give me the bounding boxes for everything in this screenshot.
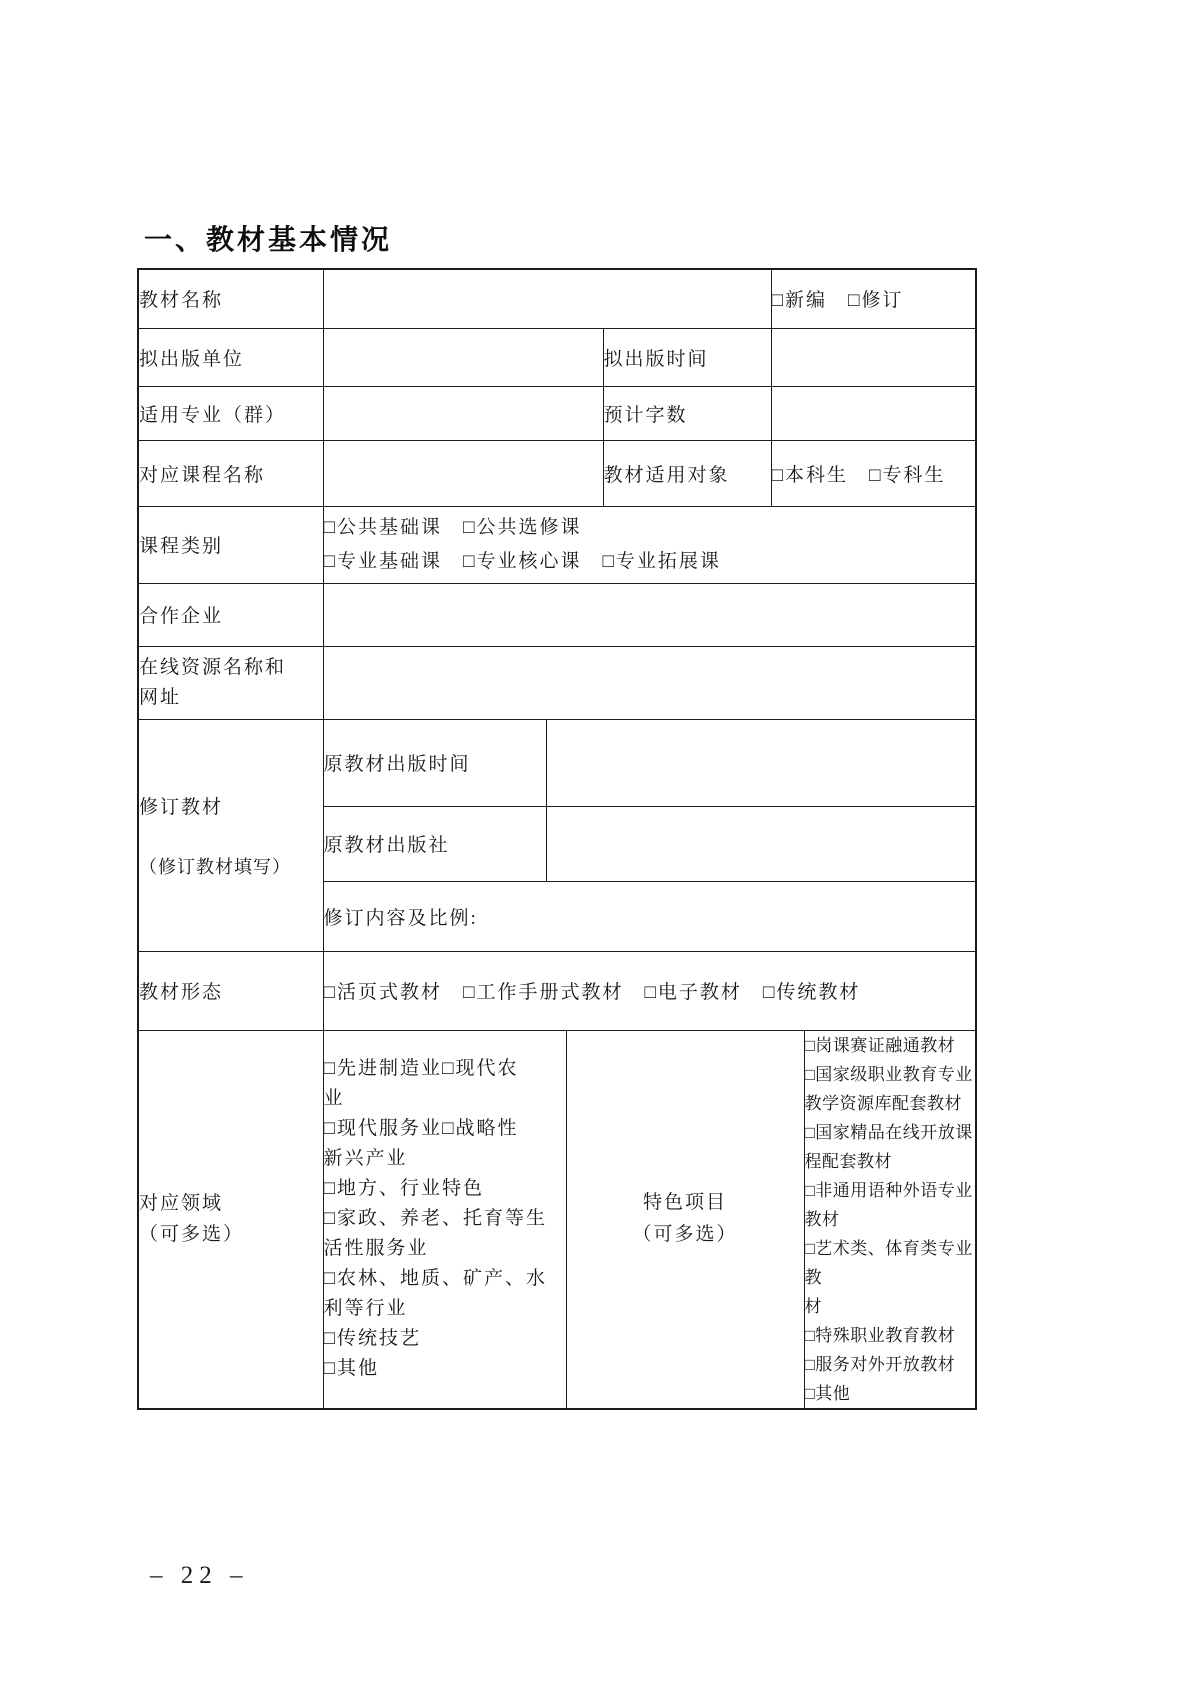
revision-label-top: 修订教材 [139, 792, 323, 819]
row-revision-pub-time: 修订教材 （修订教材填写） 原教材出版时间 [138, 719, 976, 806]
special-project-label: 特色项目 （可多选） [566, 1030, 804, 1409]
special-project-checkbox-list[interactable]: □岗课赛证融通教材 □国家级职业教育专业 教学资源库配套教材 □国家精品在线开放… [804, 1030, 976, 1409]
special-project-item[interactable]: □国家级职业教育专业 教学资源库配套教材 [805, 1060, 976, 1118]
material-form-label: 教材形态 [138, 951, 323, 1030]
textbook-name-label: 教材名称 [138, 269, 323, 328]
orig-publisher-label: 原教材出版社 [323, 806, 546, 881]
special-project-line1: 特色项目 [567, 1187, 804, 1219]
special-project-item[interactable]: □非通用语种外语专业 教材 [805, 1176, 976, 1234]
basic-info-form: 教材名称 □新编 □修订 拟出版单位 拟出版时间 适用专业（群） 预计字数 对应… [137, 268, 977, 1410]
domain-item[interactable]: □其他 [324, 1354, 566, 1384]
partner-input[interactable] [323, 583, 976, 646]
course-type-line1[interactable]: □公共基础课 □公共选修课 [324, 511, 976, 545]
domain-item[interactable]: □地方、行业特色 [324, 1174, 566, 1204]
online-resource-label: 在线资源名称和 网址 [138, 646, 323, 719]
row-domains: 对应领域 （可多选） □先进制造业□现代农 业 □现代服务业□战略性 新兴产业 … [138, 1030, 976, 1409]
publish-time-label: 拟出版时间 [603, 328, 771, 386]
revision-content-input[interactable]: 修订内容及比例: [323, 881, 976, 951]
special-project-line2: （可多选） [567, 1219, 804, 1251]
special-project-item[interactable]: □特殊职业教育教材 [805, 1321, 976, 1350]
domain-checkbox-list[interactable]: □先进制造业□现代农 业 □现代服务业□战略性 新兴产业 □地方、行业特色 □家… [323, 1030, 566, 1409]
publisher-label: 拟出版单位 [138, 328, 323, 386]
course-type-label: 课程类别 [138, 506, 323, 583]
major-label: 适用专业（群） [138, 386, 323, 440]
section-title: 一、教材基本情况 [144, 218, 392, 258]
domains-label: 对应领域 （可多选） [138, 1030, 323, 1409]
domains-label-line1: 对应领域 [139, 1188, 323, 1219]
special-project-item[interactable]: □其他 [805, 1379, 976, 1408]
special-project-item[interactable]: □岗课赛证融通教材 [805, 1031, 976, 1060]
new-or-revised-checkboxes[interactable]: □新编 □修订 [771, 269, 976, 328]
row-major: 适用专业（群） 预计字数 [138, 386, 976, 440]
revision-label: 修订教材 （修订教材填写） [138, 719, 323, 951]
course-type-checkboxes[interactable]: □公共基础课 □公共选修课 □专业基础课 □专业核心课 □专业拓展课 [323, 506, 976, 583]
row-online-resource: 在线资源名称和 网址 [138, 646, 976, 719]
online-resource-input[interactable] [323, 646, 976, 719]
special-project-item[interactable]: □服务对外开放教材 [805, 1350, 976, 1379]
audience-label: 教材适用对象 [603, 440, 771, 506]
row-partner: 合作企业 [138, 583, 976, 646]
domain-item[interactable]: □传统技艺 [324, 1324, 566, 1354]
word-count-label: 预计字数 [603, 386, 771, 440]
orig-pub-time-input[interactable] [546, 719, 976, 806]
basic-info-table: 教材名称 □新编 □修订 拟出版单位 拟出版时间 适用专业（群） 预计字数 对应… [137, 268, 977, 1410]
document-page: 一、教材基本情况 教材名称 □新编 □修订 拟出版单位 拟出版时间 [0, 0, 1190, 1683]
row-course-name: 对应课程名称 教材适用对象 □本科生 □专科生 [138, 440, 976, 506]
domain-item[interactable]: □先进制造业□现代农 业 [324, 1054, 566, 1114]
course-name-input[interactable] [323, 440, 603, 506]
audience-checkboxes[interactable]: □本科生 □专科生 [771, 440, 976, 506]
page-number: – 22 – [150, 1562, 249, 1590]
word-count-input[interactable] [771, 386, 976, 440]
row-publisher: 拟出版单位 拟出版时间 [138, 328, 976, 386]
textbook-name-input[interactable] [323, 269, 771, 328]
row-textbook-name: 教材名称 □新编 □修订 [138, 269, 976, 328]
material-form-checkboxes[interactable]: □活页式教材 □工作手册式教材 □电子教材 □传统教材 [323, 951, 976, 1030]
publisher-input[interactable] [323, 328, 603, 386]
row-course-type: 课程类别 □公共基础课 □公共选修课 □专业基础课 □专业核心课 □专业拓展课 [138, 506, 976, 583]
publish-time-input[interactable] [771, 328, 976, 386]
special-project-item[interactable]: □艺术类、体育类专业教 材 [805, 1234, 976, 1321]
partner-label: 合作企业 [138, 583, 323, 646]
domain-item[interactable]: □现代服务业□战略性 新兴产业 [324, 1114, 566, 1174]
row-material-form: 教材形态 □活页式教材 □工作手册式教材 □电子教材 □传统教材 [138, 951, 976, 1030]
special-project-item[interactable]: □国家精品在线开放课 程配套教材 [805, 1118, 976, 1176]
orig-publisher-input[interactable] [546, 806, 976, 881]
orig-pub-time-label: 原教材出版时间 [323, 719, 546, 806]
major-input[interactable] [323, 386, 603, 440]
domain-item[interactable]: □农林、地质、矿产、水 利等行业 [324, 1264, 566, 1324]
course-type-line2[interactable]: □专业基础课 □专业核心课 □专业拓展课 [324, 545, 976, 579]
course-name-label: 对应课程名称 [138, 440, 323, 506]
domain-item[interactable]: □家政、养老、托育等生 活性服务业 [324, 1204, 566, 1264]
revision-label-bottom: （修订教材填写） [139, 853, 323, 879]
domains-label-line2: （可多选） [139, 1219, 323, 1250]
